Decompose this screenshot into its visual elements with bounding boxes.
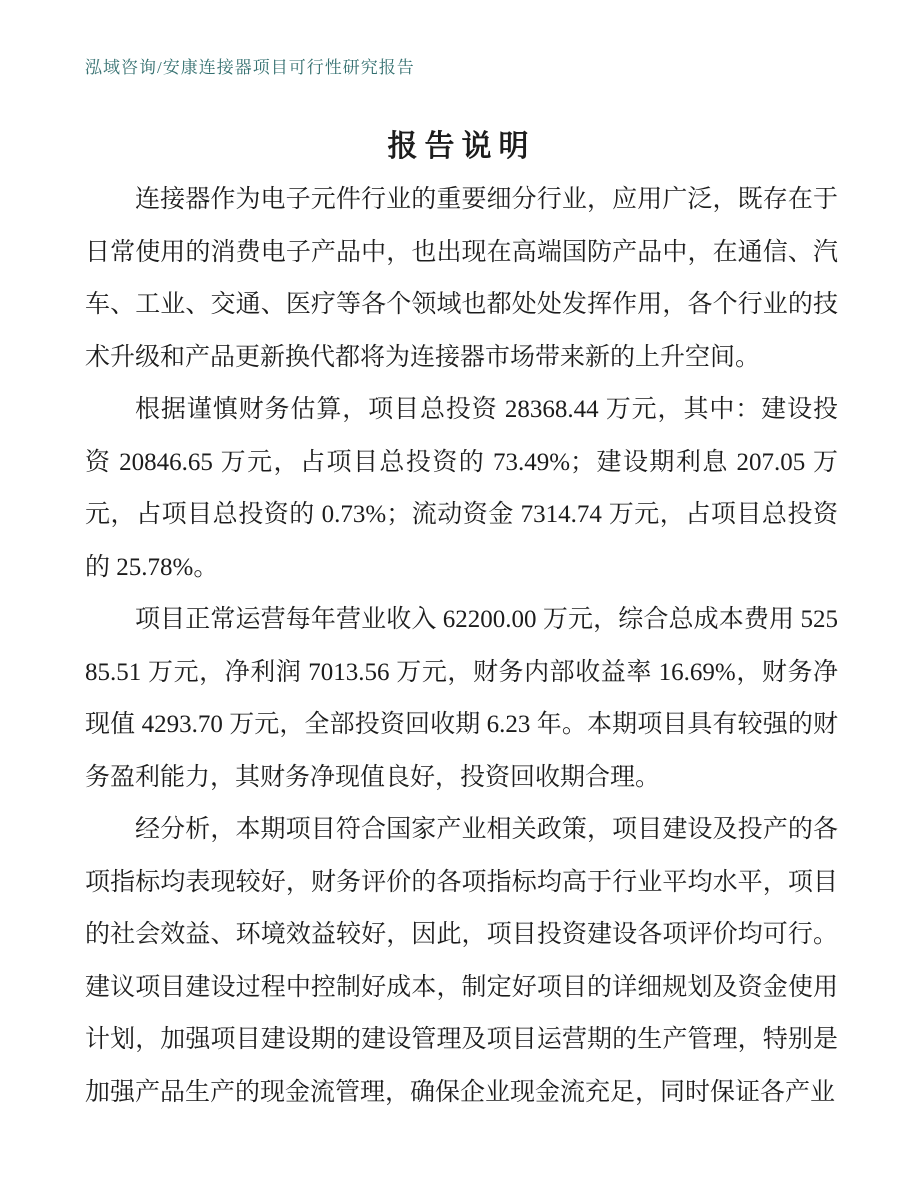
report-paragraph: 项目正常运营每年营业收入 62200.00 万元，综合总成本费用 52585.5… xyxy=(85,594,838,804)
report-title: 报告说明 xyxy=(85,128,838,166)
report-body: 连接器作为电子元件行业的重要细分行业，应用广泛，既存在于日常使用的消费电子产品中… xyxy=(85,174,838,1119)
document-page: 泓域咨询/安康连接器项目可行性研究报告 报告说明 连接器作为电子元件行业的重要细… xyxy=(0,0,920,1191)
report-paragraph: 根据谨慎财务估算，项目总投资 28368.44 万元，其中：建设投资 20846… xyxy=(85,384,838,594)
report-paragraph: 连接器作为电子元件行业的重要细分行业，应用广泛，既存在于日常使用的消费电子产品中… xyxy=(85,174,838,384)
report-paragraph: 经分析，本期项目符合国家产业相关政策，项目建设及投产的各项指标均表现较好，财务评… xyxy=(85,804,838,1119)
document-header-line: 泓域咨询/安康连接器项目可行性研究报告 xyxy=(85,56,838,80)
